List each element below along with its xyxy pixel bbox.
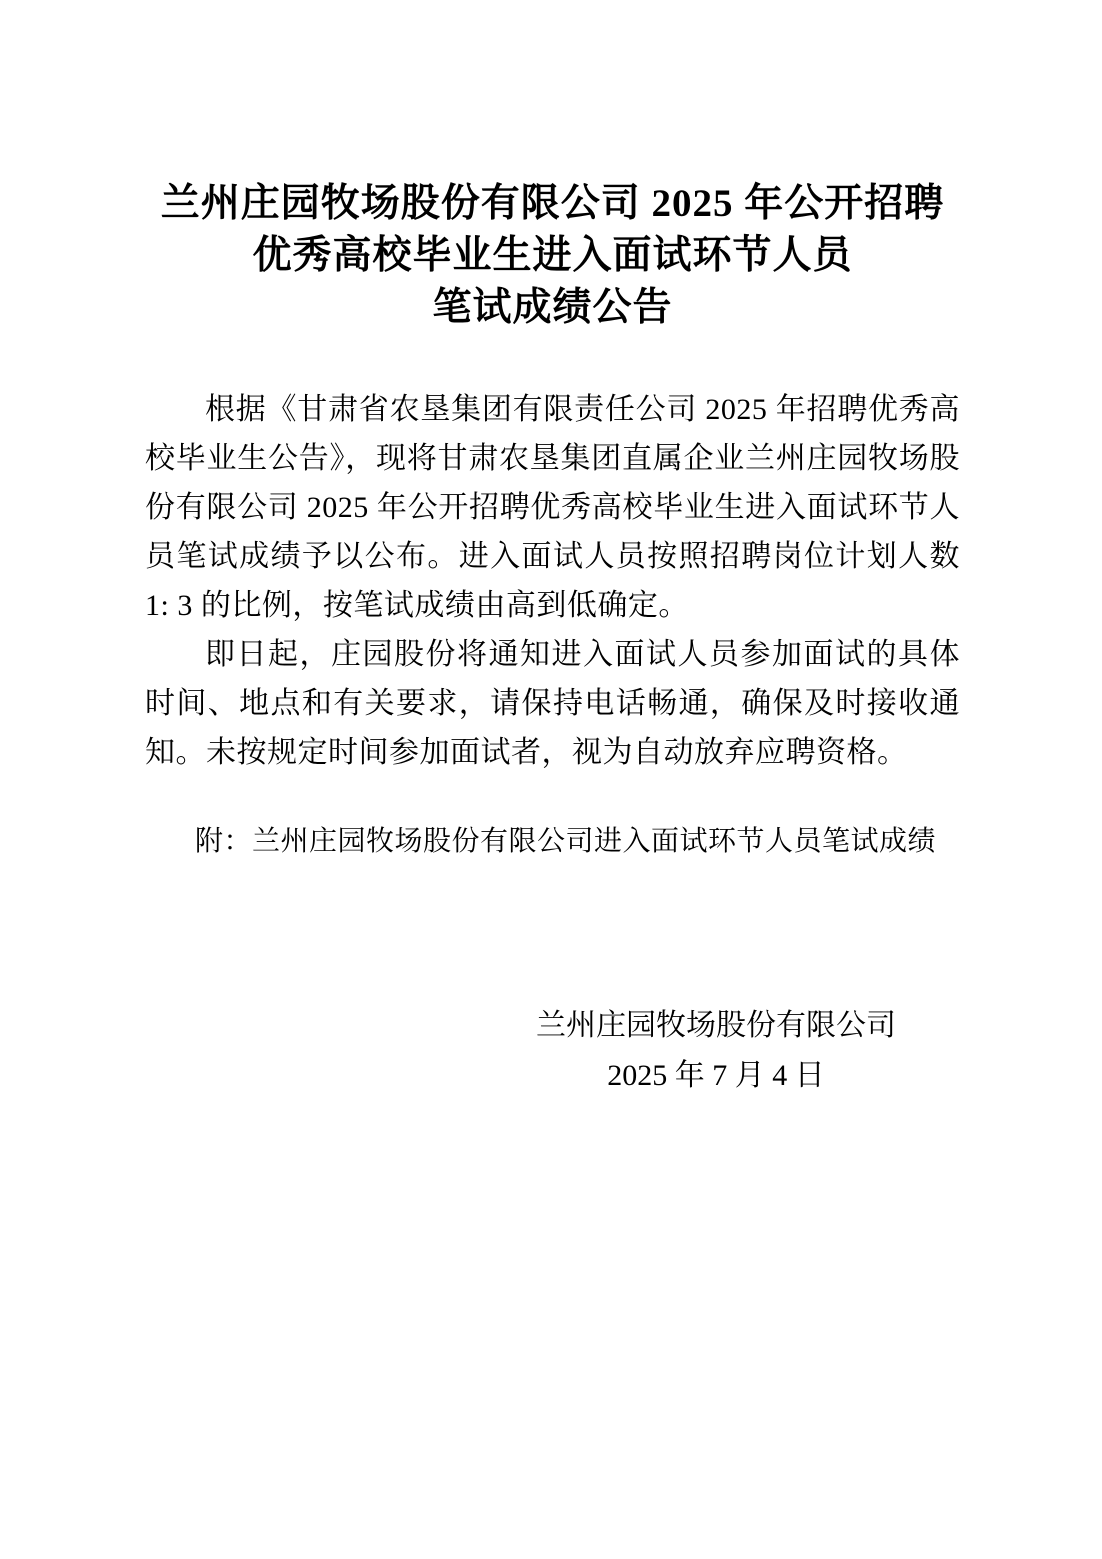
document-body: 根据《甘肃省农垦集团有限责任公司 2025 年招聘优秀高校毕业生公告》，现将甘肃… [145,385,960,777]
title-line-2: 优秀高校毕业生进入面试环节人员 [145,230,960,282]
signature-company: 兰州庄园牧场股份有限公司 [535,1001,897,1051]
title-line-1: 兰州庄园牧场股份有限公司 2025 年公开招聘 [145,178,960,230]
document-page: 兰州庄园牧场股份有限公司 2025 年公开招聘 优秀高校毕业生进入面试环节人员 … [0,0,1102,1559]
body-paragraph-1: 根据《甘肃省农垦集团有限责任公司 2025 年招聘优秀高校毕业生公告》，现将甘肃… [145,385,960,630]
signature-date: 2025 年 7 月 4 日 [535,1051,897,1101]
title-line-3: 笔试成绩公告 [145,282,960,334]
document-title: 兰州庄园牧场股份有限公司 2025 年公开招聘 优秀高校毕业生进入面试环节人员 … [145,178,960,334]
body-paragraph-2: 即日起，庄园股份将通知进入面试人员参加面试的具体时间、地点和有关要求，请保持电话… [145,630,960,777]
attachment-note: 附：兰州庄园牧场股份有限公司进入面试环节人员笔试成绩 [145,817,960,866]
signature-block: 兰州庄园牧场股份有限公司 2025 年 7 月 4 日 [535,1001,897,1101]
